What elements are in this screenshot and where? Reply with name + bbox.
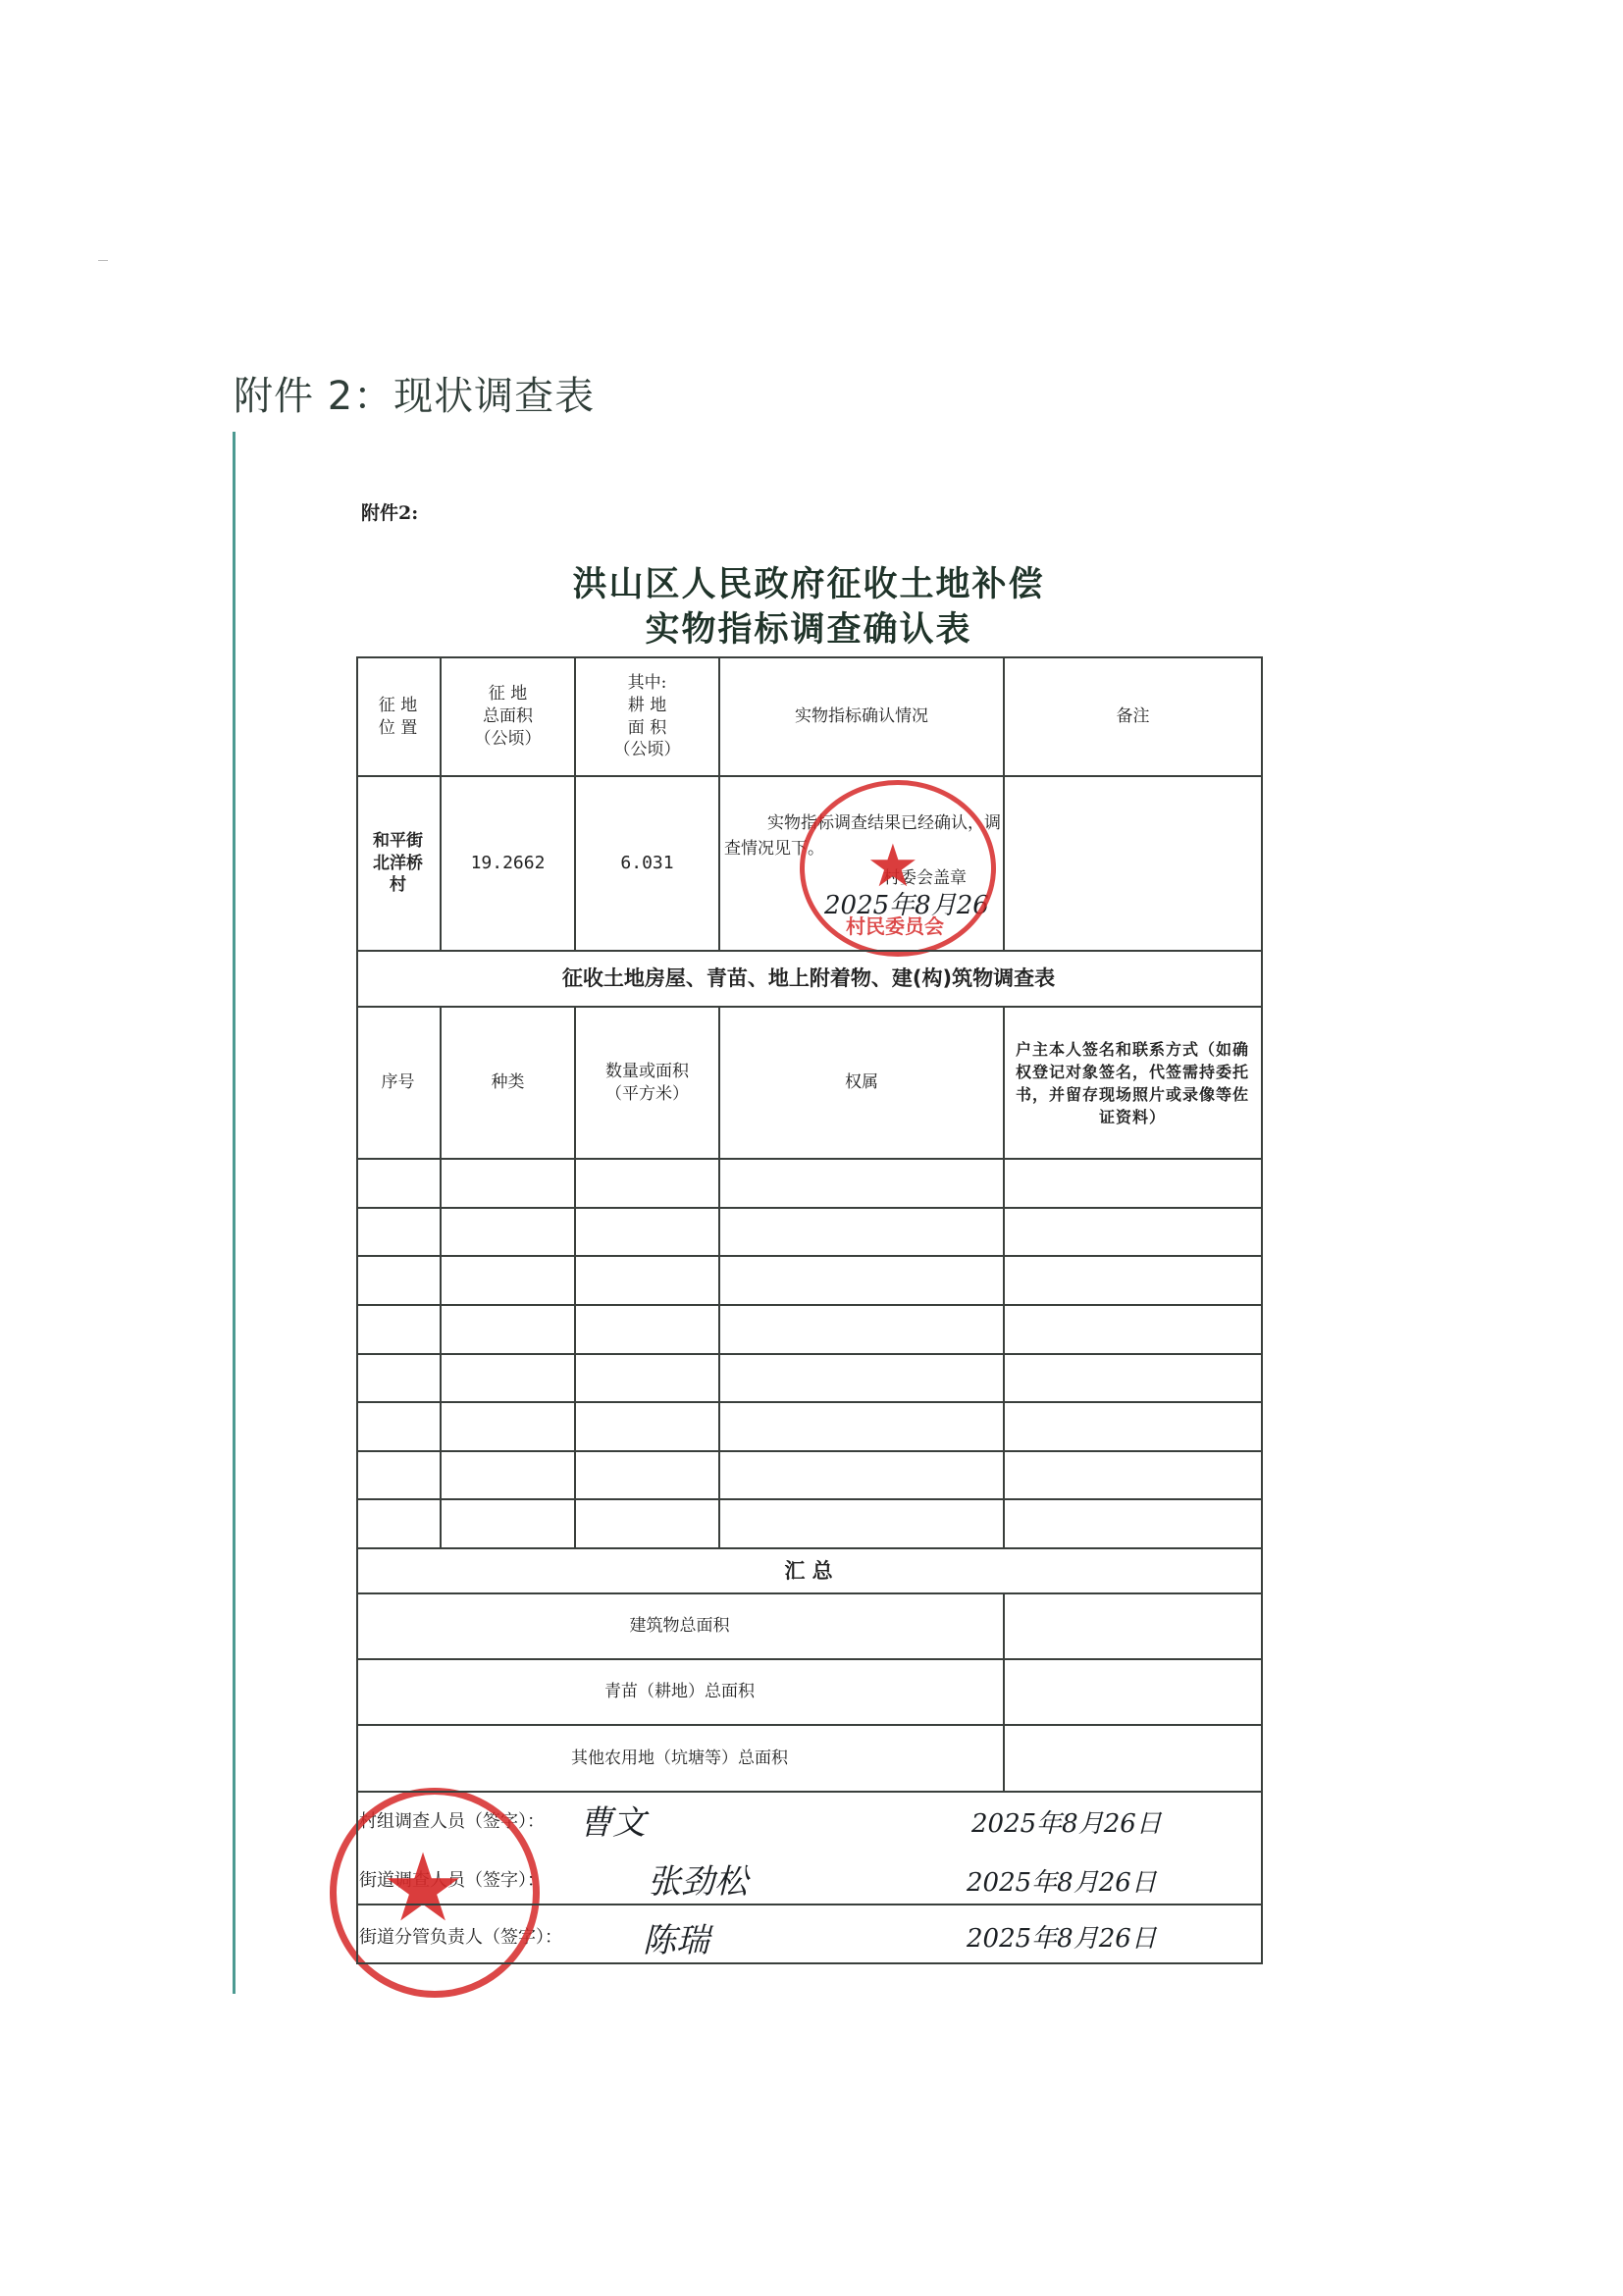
scan-artifact (98, 260, 108, 261)
header-quantity: 数量或面积 （平方米） (576, 1008, 718, 1158)
header-index: 序号 (356, 1008, 440, 1158)
table-rule (1261, 656, 1263, 1962)
header-location: 征 地 位 置 (356, 658, 440, 775)
header-type: 种类 (442, 1008, 574, 1158)
table-rule (356, 1006, 1261, 1008)
cell-location: 和平街 北洋桥 村 (356, 777, 440, 950)
signature-street-director: 陈瑞 (643, 1913, 709, 1961)
summary-value-crops (1005, 1660, 1261, 1724)
annex-heading: 附件 2：现状调查表 (234, 365, 595, 421)
table-rule (356, 1255, 1261, 1257)
header-ownership: 权属 (720, 1008, 1003, 1158)
left-margin-rule (233, 432, 236, 1994)
table-rule (356, 1498, 1261, 1500)
table-rule (356, 1904, 1261, 1905)
signature-date-street-director: 2025年8月26日 (967, 1918, 1157, 1955)
village-stamp-text: 村民委员会 (846, 911, 944, 939)
summary-title: 汇 总 (356, 1549, 1261, 1592)
signature-village-surveyor: 曹文 (579, 1796, 646, 1844)
summary-label-buildings: 建筑物总面积 (356, 1594, 1003, 1658)
table-rule (1003, 1006, 1005, 1547)
table-rule (356, 1304, 1261, 1306)
summary-label-crops: 青苗（耕地）总面积 (356, 1660, 1003, 1724)
table-rule (356, 1962, 1263, 1964)
cell-total-area: 19.2662 (442, 777, 574, 950)
table-rule (356, 775, 1261, 777)
table-rule (1003, 1592, 1005, 1791)
summary-value-other-land (1005, 1726, 1261, 1791)
street-stamp-star-icon: ★ (381, 1833, 465, 1943)
signature-street-surveyor: 张劲松 (648, 1854, 748, 1903)
signature-date-village-surveyor: 2025年8月26日 (971, 1803, 1162, 1840)
stamp-star-icon: ★ (866, 832, 919, 901)
table-rule (574, 656, 576, 950)
table-rule (718, 656, 720, 950)
table-rule (356, 1658, 1261, 1660)
summary-label-other-land: 其他农用地（坑塘等）总面积 (356, 1726, 1003, 1791)
table-rule (440, 656, 442, 950)
form-title-line2: 实物指标调查确认表 (356, 602, 1261, 652)
inner-annex-label: 附件2: (361, 498, 418, 525)
cell-remarks (1005, 777, 1261, 950)
table-rule (356, 1207, 1261, 1209)
table-rule (356, 1592, 1261, 1594)
table-rule (356, 656, 1261, 658)
table-rule (440, 1006, 442, 1547)
table-rule (574, 1006, 576, 1547)
header-remarks: 备注 (1005, 658, 1261, 775)
table-rule (356, 656, 358, 1962)
cell-farmland-area: 6.031 (576, 777, 718, 950)
table-rule (356, 1791, 1261, 1793)
table-rule (356, 1724, 1261, 1726)
signature-date-street-surveyor: 2025年8月26日 (967, 1862, 1157, 1899)
table-rule (718, 1006, 720, 1547)
header-farmland-area: 其中: 耕 地 面 积 （公顷） (576, 658, 718, 775)
header-confirmation: 实物指标确认情况 (720, 658, 1003, 775)
form-title-line1: 洪山区人民政府征收土地补偿 (356, 557, 1261, 606)
header-total-area: 征 地 总面积 （公顷） (442, 658, 574, 775)
survey-section-title: 征收土地房屋、青苗、地上附着物、建(构)筑物调查表 (356, 952, 1261, 1006)
table-rule (356, 1158, 1261, 1160)
summary-value-buildings (1005, 1594, 1261, 1658)
table-rule (356, 1547, 1261, 1549)
header-owner-signature: 户主本人签名和联系方式（如确权登记对象签名，代签需持委托书，并留存现场照片或录像… (1009, 1008, 1256, 1158)
table-rule (356, 1401, 1261, 1403)
table-rule (1003, 656, 1005, 950)
table-rule (356, 1353, 1261, 1355)
table-rule (356, 1450, 1261, 1452)
table-rule (356, 950, 1261, 952)
